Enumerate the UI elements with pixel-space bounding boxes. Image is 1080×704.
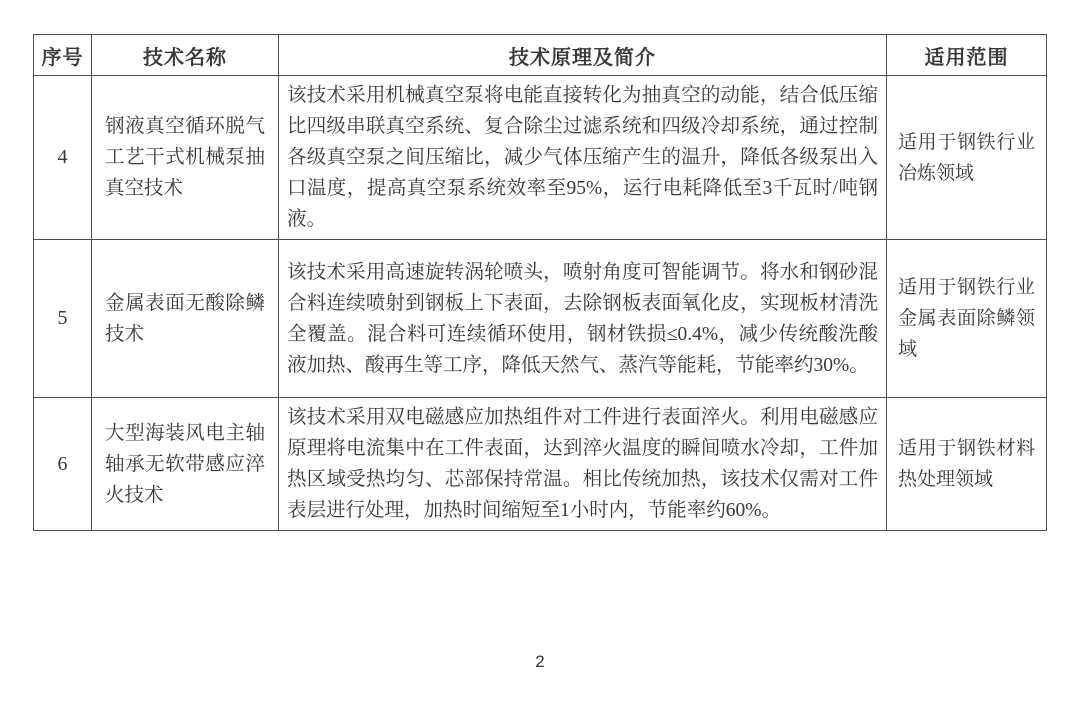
header-index: 序号 [34, 35, 92, 76]
cell-principle: 该技术采用双电磁感应加热组件对工件进行表面淬火。利用电磁感应原理将电流集中在工件… [279, 398, 887, 531]
cell-index: 6 [34, 398, 92, 531]
header-scope: 适用范围 [887, 35, 1047, 76]
page-number: 2 [0, 652, 1080, 672]
document-page: 序号 技术名称 技术原理及简介 适用范围 4 钢液真空循环脱气工艺干式机械泵抽真… [0, 0, 1080, 704]
header-principle: 技术原理及简介 [279, 35, 887, 76]
table-row: 4 钢液真空循环脱气工艺干式机械泵抽真空技术 该技术采用机械真空泵将电能直接转化… [34, 76, 1047, 240]
cell-index: 4 [34, 76, 92, 240]
table-header-row: 序号 技术名称 技术原理及简介 适用范围 [34, 35, 1047, 76]
cell-tech-name: 钢液真空循环脱气工艺干式机械泵抽真空技术 [92, 76, 279, 240]
table-row: 5 金属表面无酸除鳞技术 该技术采用高速旋转涡轮喷头，喷射角度可智能调节。将水和… [34, 240, 1047, 398]
cell-scope: 适用于钢铁行业金属表面除鳞领域 [887, 240, 1047, 398]
technology-table: 序号 技术名称 技术原理及简介 适用范围 4 钢液真空循环脱气工艺干式机械泵抽真… [33, 34, 1047, 531]
cell-principle: 该技术采用高速旋转涡轮喷头，喷射角度可智能调节。将水和钢砂混合料连续喷射到钢板上… [279, 240, 887, 398]
cell-scope: 适用于钢铁行业冶炼领域 [887, 76, 1047, 240]
header-tech-name: 技术名称 [92, 35, 279, 76]
table-row: 6 大型海装风电主轴轴承无软带感应淬火技术 该技术采用双电磁感应加热组件对工件进… [34, 398, 1047, 531]
cell-tech-name: 大型海装风电主轴轴承无软带感应淬火技术 [92, 398, 279, 531]
cell-tech-name: 金属表面无酸除鳞技术 [92, 240, 279, 398]
cell-principle: 该技术采用机械真空泵将电能直接转化为抽真空的动能，结合低压缩比四级串联真空系统、… [279, 76, 887, 240]
cell-index: 5 [34, 240, 92, 398]
cell-scope: 适用于钢铁材料热处理领域 [887, 398, 1047, 531]
